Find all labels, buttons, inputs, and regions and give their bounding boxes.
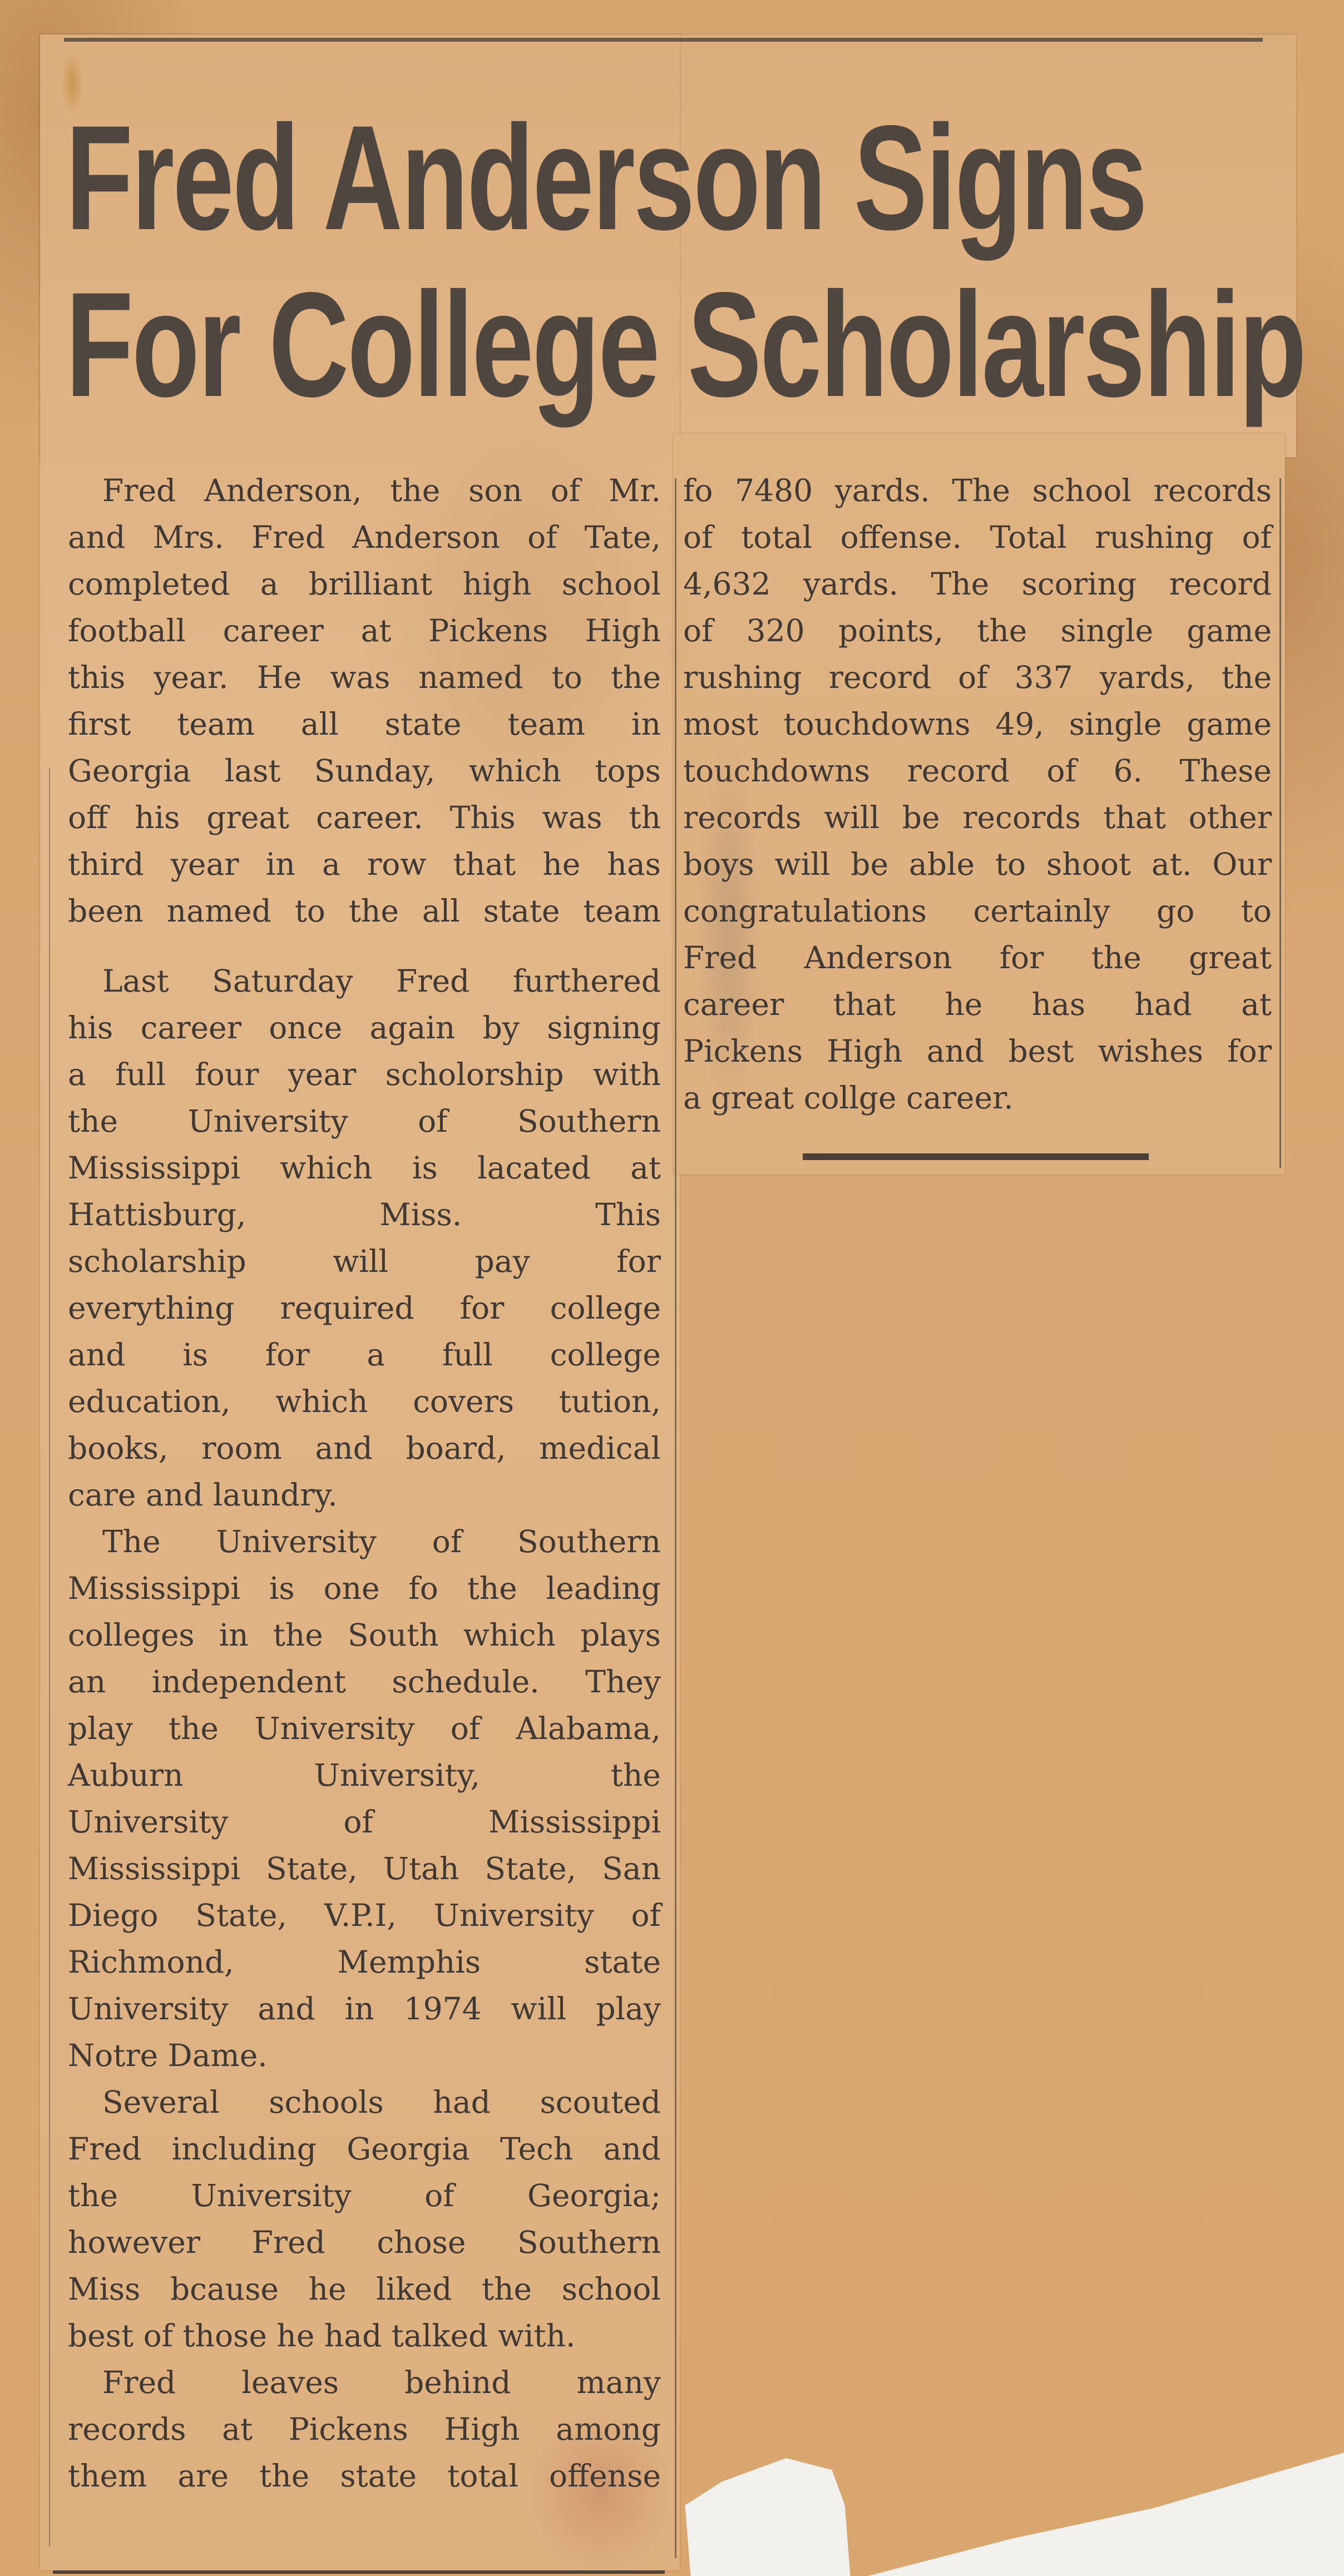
text-line: an independent schedule. They <box>68 1658 661 1705</box>
text-line: Mississippi State, Utah State, San <box>68 1845 661 1892</box>
text-line: Auburn University, the <box>68 1752 661 1799</box>
text-line: Miss bcause he liked the school <box>68 2266 661 2312</box>
text-line: and is for a full college <box>68 1331 661 1378</box>
text-line: Hattisburg, Miss. This <box>68 1191 661 1238</box>
text-line: everything required for college <box>68 1285 661 1331</box>
text-line: his career once again by signing <box>68 1004 661 1051</box>
text-line: congratulations certainly go to <box>683 888 1272 934</box>
text-line: Pickens High and best wishes for <box>683 1028 1272 1074</box>
text-line: a great collge career. <box>683 1074 1272 1121</box>
text-line: the University of Georgia; <box>68 2172 661 2219</box>
text-line: books, room and board, medical <box>68 1425 661 1472</box>
text-line: Last Saturday Fred furthered <box>68 958 661 1004</box>
text-line: boys will be able to shoot at. Our <box>683 841 1272 888</box>
text-line: Fred Anderson, the son of Mr. <box>68 467 661 514</box>
text-line: fo 7480 yards. The school records <box>683 467 1272 514</box>
text-line: Notre Dame. <box>68 2032 661 2079</box>
right-column-text: fo 7480 yards. The school recordsof tota… <box>683 467 1272 1121</box>
column-divider <box>675 478 676 2558</box>
text-line: the University of Southern <box>68 1098 661 1145</box>
text-line: a full four year scholorship with <box>68 1051 661 1098</box>
left-border-rule <box>49 767 50 2547</box>
text-line: 4,632 yards. The scoring record <box>683 561 1272 607</box>
text-line: touchdowns record of 6. These <box>683 747 1272 794</box>
text-line: them are the state total offense <box>68 2453 661 2499</box>
top-rule <box>64 38 1263 42</box>
text-line: care and laundry. <box>68 1472 661 1518</box>
text-line: Richmond, Memphis state <box>68 1939 661 1985</box>
headline-line-2: For College Scholarship <box>66 270 1305 419</box>
text-line: Several schools had scouted <box>68 2079 661 2126</box>
article-end-rule <box>803 1153 1149 1160</box>
text-line: Mississippi is one fo the leading <box>68 1565 661 1612</box>
text-line: been named to the all state team <box>68 888 661 934</box>
text-line: colleges in the South which plays <box>68 1612 661 1658</box>
text-line: University of Mississippi <box>68 1799 661 1845</box>
text-line: most touchdowns 49, single game <box>683 701 1272 747</box>
headline-line-1: Fred Anderson Signs <box>66 103 1146 252</box>
text-line: Fred including Georgia Tech and <box>68 2126 661 2172</box>
text-line: Fred leaves behind many <box>68 2359 661 2406</box>
text-line: third year in a row that he has <box>68 841 661 888</box>
right-border-rule <box>1279 478 1281 1168</box>
text-line: The University of Southern <box>68 1518 661 1565</box>
text-line: best of those he had talked with. <box>68 2312 661 2359</box>
text-line: records at Pickens High among <box>68 2406 661 2453</box>
text-line: Diego State, V.P.I, University of <box>68 1892 661 1939</box>
text-line: of total offense. Total rushing of <box>683 514 1272 561</box>
text-line: however Fred chose Southern <box>68 2219 661 2266</box>
text-line: education, which covers tution, <box>68 1378 661 1425</box>
paragraph-gap <box>68 934 661 958</box>
text-line: off his great career. This was th <box>68 794 661 841</box>
text-line: football career at Pickens High <box>68 607 661 654</box>
text-line: play the University of Alabama, <box>68 1705 661 1752</box>
text-line: University and in 1974 will play <box>68 1985 661 2032</box>
text-line: Fred Anderson for the great <box>683 934 1272 981</box>
left-column-text: Fred Anderson, the son of Mr.and Mrs. Fr… <box>68 467 661 2499</box>
text-line: rushing record of 337 yards, the <box>683 654 1272 701</box>
text-line: of 320 points, the single game <box>683 607 1272 654</box>
text-line: completed a brilliant high school <box>68 561 661 607</box>
text-line: career that he has had at <box>683 981 1272 1028</box>
text-line: and Mrs. Fred Anderson of Tate, <box>68 514 661 561</box>
text-line: scholarship will pay for <box>68 1238 661 1285</box>
text-line: records will be records that other <box>683 794 1272 841</box>
text-line: first team all state team in <box>68 701 661 747</box>
text-line: this year. He was named to the <box>68 654 661 701</box>
text-line: Mississippi which is lacated at <box>68 1145 661 1191</box>
bottom-rule <box>53 2570 665 2574</box>
text-line: Georgia last Sunday, which tops <box>68 747 661 794</box>
